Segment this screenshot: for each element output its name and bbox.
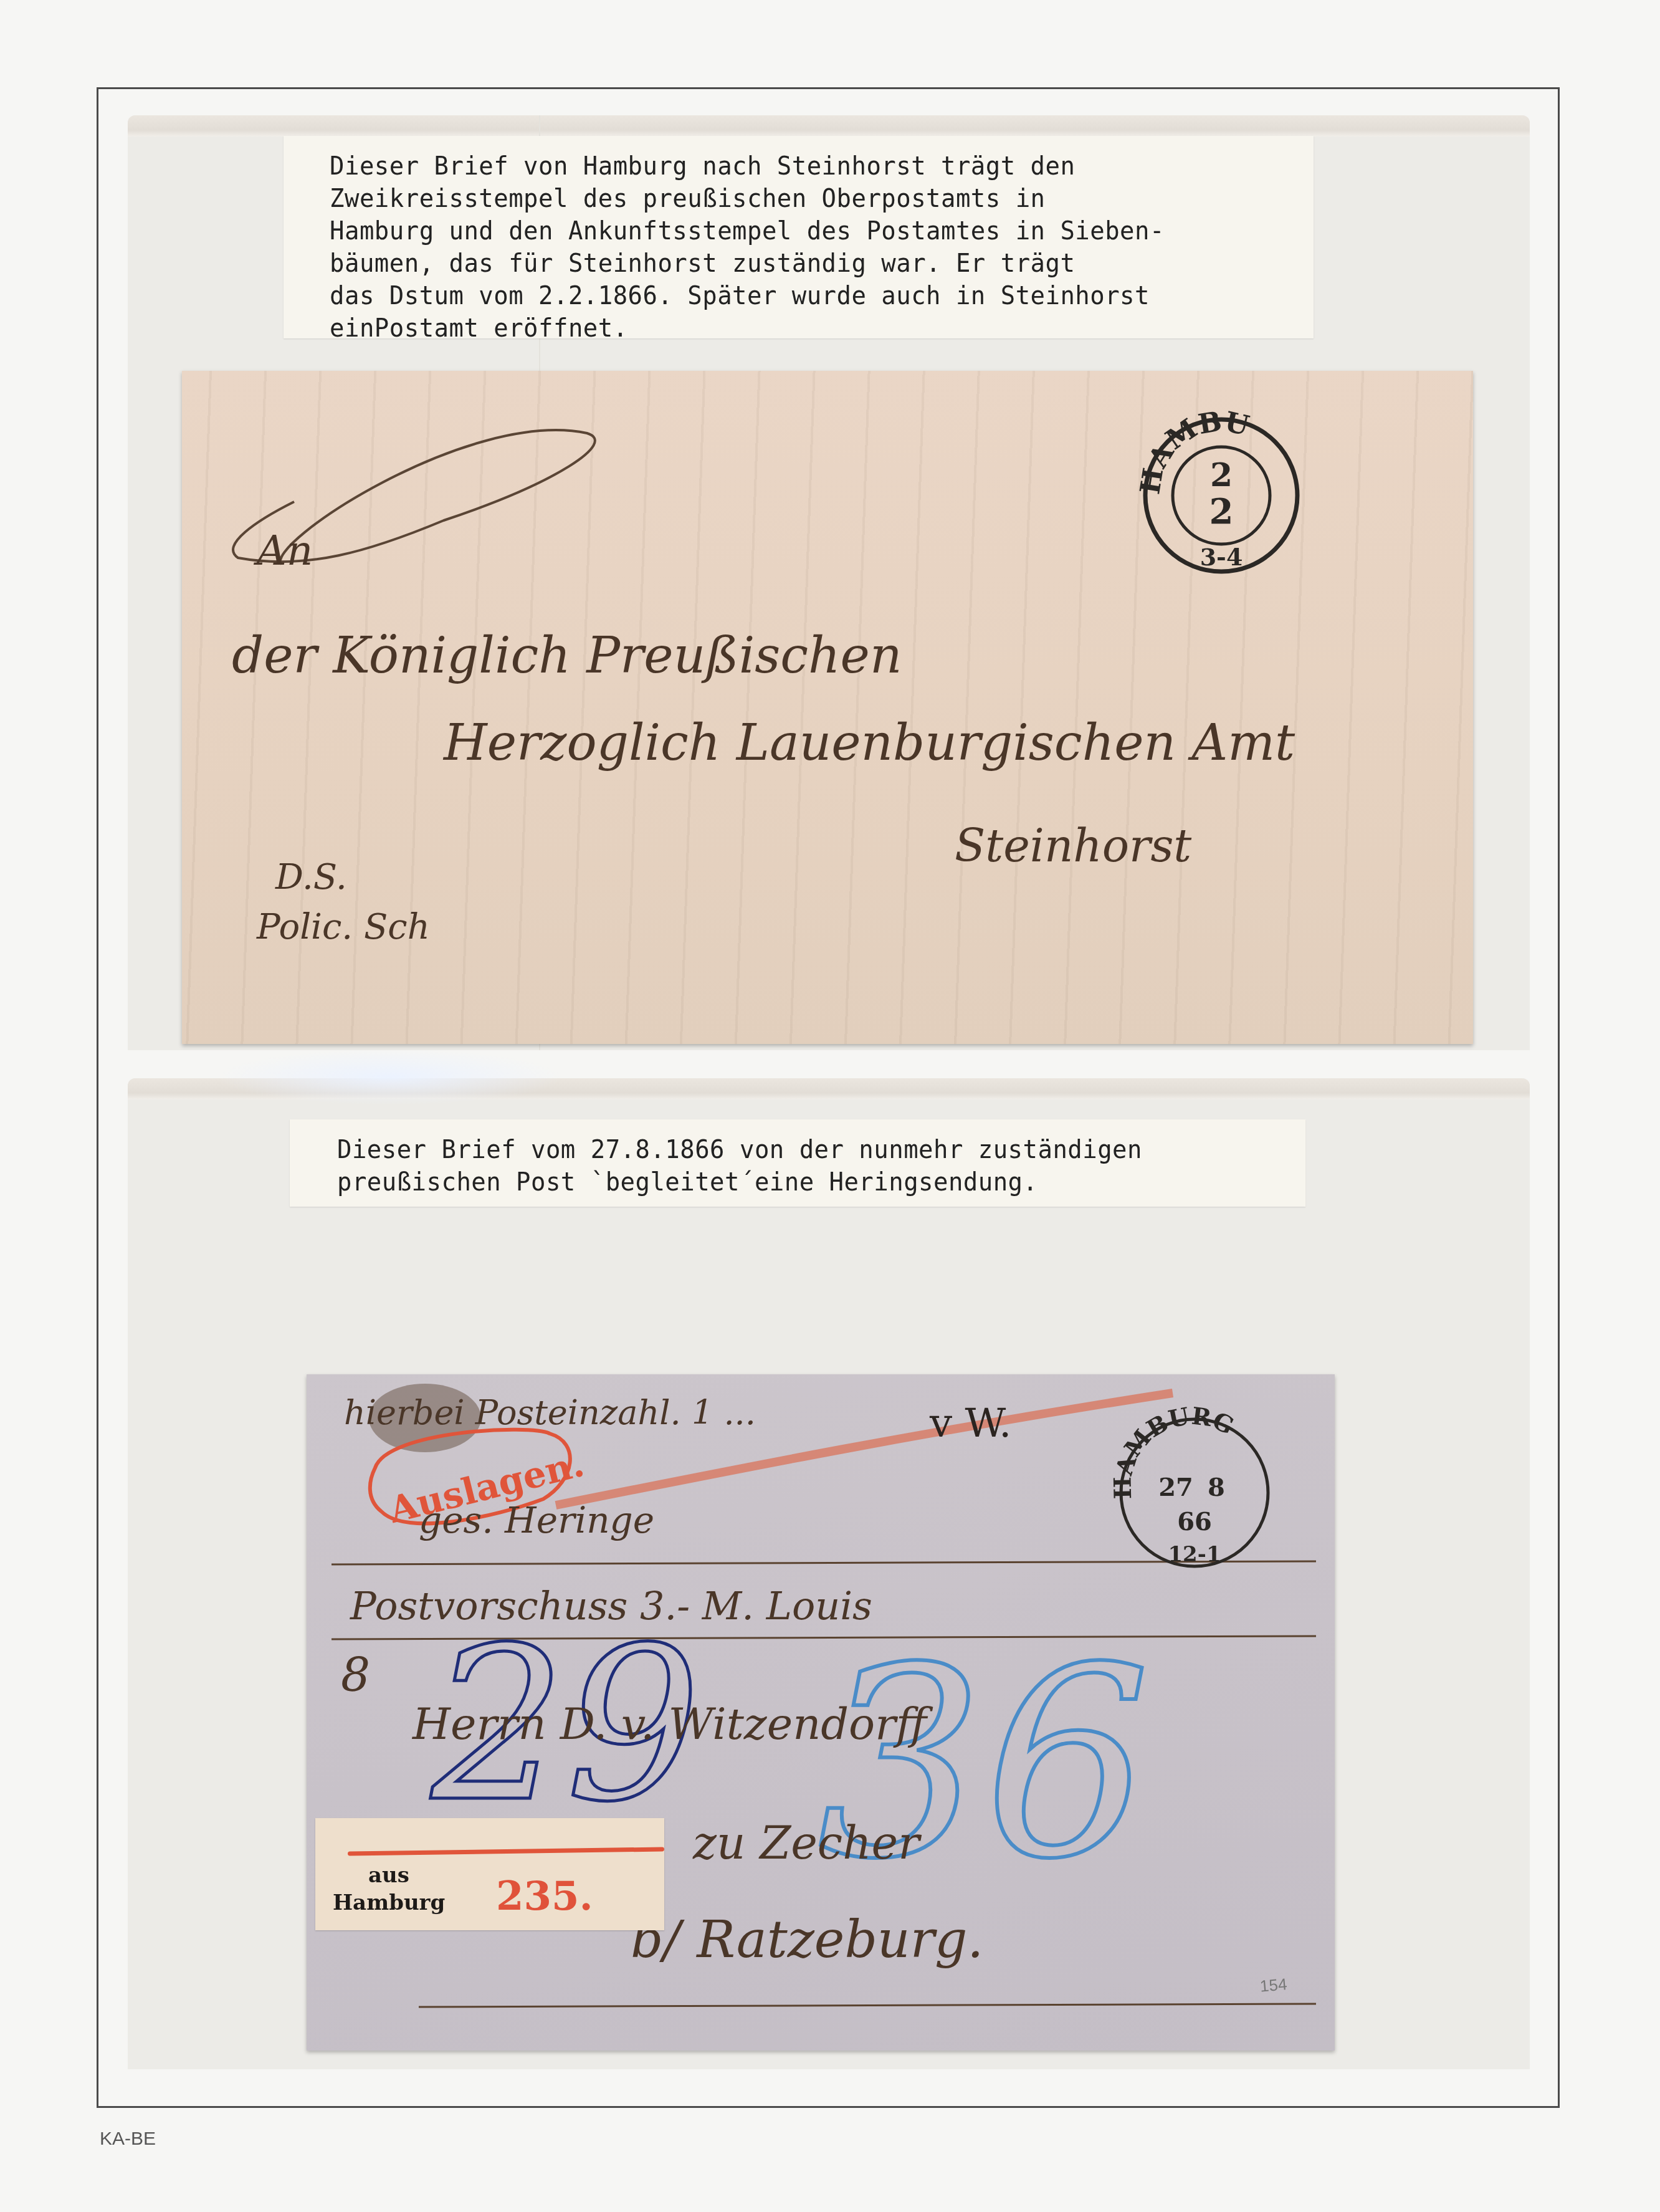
address-line: Herzoglich Lauenburgischen Amt xyxy=(444,714,1295,772)
svg-text:66: 66 xyxy=(1177,1507,1212,1536)
label-number: 235. xyxy=(496,1873,593,1920)
postmark-town: HAMBURG. xyxy=(182,371,1252,497)
address-line: zu Zecher xyxy=(693,1817,920,1869)
svg-text:27: 27 xyxy=(1158,1473,1193,1502)
cover-hamburg-zecher: Auslagen. HAMBURG 27 8 66 12-1 v W. 36 2… xyxy=(307,1374,1335,2051)
destination: Steinhorst xyxy=(955,820,1191,872)
sleeve-glare xyxy=(215,1049,564,1105)
svg-text:8: 8 xyxy=(1208,1473,1225,1502)
cover-hamburg-steinhorst: HAMBURG. 2 2 3-4 An der Königlich Preußi… xyxy=(182,371,1473,1044)
note-line: Polic. Sch xyxy=(257,907,430,947)
svg-text:v W.: v W. xyxy=(929,1400,1011,1447)
svg-text:2: 2 xyxy=(1209,491,1234,532)
address-line: Herrn D. v. Witzendorff xyxy=(413,1698,927,1750)
svg-text:3-4: 3-4 xyxy=(1200,543,1243,571)
address-line: An xyxy=(257,527,313,575)
address-line: Postvorschuss 3.- M. Louis xyxy=(350,1583,872,1629)
caption-bottom: Dieser Brief vom 27.8.1866 von der nunme… xyxy=(290,1119,1305,1207)
pencil-note: 154 xyxy=(1259,1975,1288,1996)
address-line: der Königlich Preußischen xyxy=(232,626,902,684)
registration-label: aus Hamburg 235. xyxy=(315,1818,664,1930)
note-line: D.S. xyxy=(275,857,347,898)
svg-text:12-1: 12-1 xyxy=(1168,1542,1221,1567)
left-mark: 8 xyxy=(341,1649,370,1702)
address-line: b/ Ratzeburg. xyxy=(631,1910,983,1970)
svg-text:36: 36 xyxy=(818,1612,1150,1917)
sleeve-lip xyxy=(128,115,1530,136)
address-line: hierbei Posteinzahl. 1 ... xyxy=(344,1393,756,1432)
label-origin: aus Hamburg xyxy=(333,1862,445,1917)
svg-text:2: 2 xyxy=(1210,456,1233,494)
caption-top: Dieser Brief von Hamburg nach Steinhorst… xyxy=(284,136,1314,338)
label-red-rule xyxy=(348,1847,664,1855)
footer-code: KA-BE xyxy=(100,2128,156,2150)
address-line: ges. Heringe xyxy=(419,1499,654,1541)
